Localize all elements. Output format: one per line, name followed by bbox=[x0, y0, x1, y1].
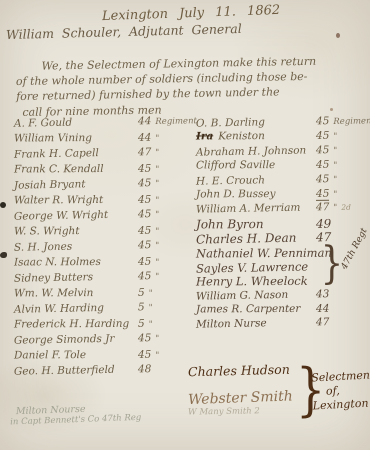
soldier-name: George Simonds Jr bbox=[14, 332, 136, 346]
soldier-name: A. F. Gould bbox=[14, 115, 136, 129]
ditto-mark: " bbox=[155, 133, 159, 143]
ditto-mark: " bbox=[155, 350, 159, 360]
roster-row: Alvin W. Harding5" bbox=[14, 300, 192, 319]
ditto-mark: " bbox=[333, 190, 337, 200]
roster-row: Sidney Butters45" bbox=[14, 269, 192, 288]
soldier-name: William A. Merriam bbox=[196, 202, 314, 216]
soldier-name: Frank H. Capell bbox=[14, 146, 136, 160]
roster-row: Milton Nurse47 bbox=[196, 316, 366, 334]
ditto-mark: " bbox=[155, 241, 159, 251]
pencil-footnote: Milton Nourse in Capt Bennett's Co 47th … bbox=[16, 402, 142, 427]
soldier-name: S. H. Jones bbox=[14, 239, 136, 253]
soldier-name: George W. Wright bbox=[14, 208, 136, 222]
regiment-number: 45 bbox=[138, 332, 152, 344]
soldier-name: Frank C. Kendall bbox=[14, 162, 136, 175]
ditto-mark: " bbox=[333, 161, 337, 171]
roster-row: George Simonds Jr45" bbox=[14, 331, 192, 350]
ditto-mark: " bbox=[149, 288, 153, 298]
regiment-number: 45 bbox=[316, 188, 329, 201]
regiment-number: 45 bbox=[138, 270, 152, 282]
roster-left-column: A. F. Gould44Regiment William Vining44" … bbox=[14, 116, 192, 380]
soldier-name: Milton Nurse bbox=[196, 317, 314, 331]
ditto-mark: " bbox=[155, 334, 159, 344]
soldier-name: H. E. Crouch bbox=[196, 173, 314, 187]
ditto-mark: " bbox=[155, 210, 159, 220]
role-line: Lexington bbox=[312, 396, 370, 413]
scanned-document: { "colors": { "paper": "#e9e5da", "ink_m… bbox=[0, 0, 370, 450]
ink-stain bbox=[0, 202, 6, 208]
regiment-number: 47 bbox=[138, 146, 152, 158]
roster-row: Josiah Bryant45" bbox=[14, 176, 192, 195]
regiment-number: 5 bbox=[138, 301, 145, 313]
soldier-name: Wm. W. Melvin bbox=[14, 286, 136, 299]
ink-stain bbox=[336, 33, 340, 38]
ditto-mark: " bbox=[149, 319, 153, 329]
regiment-number: 45 bbox=[316, 130, 329, 142]
roster-row: Geo. H. Butterfield48 bbox=[14, 362, 192, 381]
regiment-number: 45 bbox=[138, 162, 151, 174]
ditto-mark: " bbox=[155, 226, 159, 236]
ink-stain bbox=[0, 252, 7, 258]
signature-role: Selectmen of, Lexington bbox=[311, 368, 370, 413]
ditto-mark: " bbox=[155, 179, 159, 189]
soldier-name: John D. Bussey bbox=[196, 188, 314, 201]
struck-text: Ira bbox=[196, 131, 213, 143]
pencil-annotation: 2d bbox=[341, 203, 351, 212]
regiment-number: 43 bbox=[316, 288, 330, 300]
addressee-line: William Schouler, Adjutant General bbox=[6, 21, 242, 42]
soldier-name: Geo. H. Butterfield bbox=[14, 363, 136, 377]
ditto-mark: " bbox=[333, 146, 337, 156]
regiment-number: 47 bbox=[316, 201, 330, 213]
soldier-name: Henry L. Wheelock bbox=[196, 274, 314, 289]
regiment-number: 47 bbox=[316, 230, 332, 244]
soldier-name: John Byron bbox=[196, 217, 314, 232]
regiment-suffix: Regiment bbox=[333, 116, 370, 127]
regiment-number: 45 bbox=[138, 208, 152, 220]
regiment-number: 5 bbox=[138, 286, 145, 298]
roster-right-column: O. B. Darling45Regiment IraKeniston45" A… bbox=[196, 116, 366, 332]
roster-row: S. H. Jones45" bbox=[14, 238, 192, 257]
ditto-mark: " bbox=[155, 257, 159, 267]
ditto-mark: " bbox=[333, 174, 337, 184]
regiment-number: 47 bbox=[316, 317, 330, 329]
soldier-name: Sidney Butters bbox=[14, 270, 136, 284]
dateline: Lexington July 11. 1862 bbox=[102, 3, 281, 24]
soldier-name: Clifford Saville bbox=[196, 159, 314, 172]
regiment-number: 45 bbox=[316, 173, 330, 185]
regiment-number: 45 bbox=[138, 255, 151, 267]
regiment-number: 44 bbox=[138, 131, 151, 143]
soldier-name: Alvin W. Harding bbox=[14, 301, 136, 315]
soldier-name: William G. Nason bbox=[196, 288, 314, 302]
soldier-name: James R. Carpenter bbox=[196, 303, 314, 316]
regiment-number: 45 bbox=[138, 348, 151, 360]
soldier-name-text: Keniston bbox=[218, 130, 265, 142]
ditto-mark: " bbox=[155, 164, 159, 174]
soldier-name: Isaac N. Holmes bbox=[14, 255, 136, 268]
ditto-mark: " bbox=[333, 132, 337, 142]
roster-row: Charles H. Dean47 bbox=[196, 229, 366, 247]
soldier-name: O. B. Darling bbox=[196, 115, 314, 129]
regiment-number: 45 bbox=[138, 193, 151, 205]
regiment-number: 45 bbox=[316, 115, 330, 127]
ditto-mark: " bbox=[155, 272, 159, 282]
soldier-name: Nathaniel W. Penniman bbox=[196, 245, 332, 260]
roster-row: Henry L. Wheelock bbox=[196, 274, 366, 289]
regiment-number: 45 bbox=[138, 239, 152, 251]
ditto-mark: " bbox=[155, 148, 159, 158]
regiment-number: 45 bbox=[138, 177, 152, 189]
roster-row: A. F. Gould44Regiment bbox=[14, 114, 192, 133]
regiment-number: 44 bbox=[316, 303, 329, 315]
soldier-name: Josiah Bryant bbox=[14, 177, 136, 191]
regiment-number: 45 bbox=[316, 159, 329, 171]
soldier-name: Abraham H. Johnson bbox=[196, 144, 314, 158]
soldier-name: Frederick H. Harding bbox=[14, 317, 136, 330]
ditto-mark: " bbox=[333, 203, 337, 213]
regiment-number: 49 bbox=[316, 216, 331, 230]
regiment-number: 45 bbox=[316, 144, 330, 156]
soldier-name: Charles H. Dean bbox=[196, 230, 314, 246]
ditto-mark: " bbox=[155, 195, 159, 205]
soldier-name: IraKeniston bbox=[196, 130, 314, 143]
regiment-number: 48 bbox=[138, 363, 152, 375]
roster-row: Frank H. Capell47" bbox=[14, 145, 192, 164]
regiment-number: 45 bbox=[138, 224, 151, 236]
regiment-number: 5 bbox=[138, 317, 145, 329]
ditto-mark: " bbox=[149, 303, 153, 313]
soldier-name: Daniel F. Tole bbox=[14, 348, 136, 361]
body-paragraph: We, the Selectmen of Lexington make this… bbox=[15, 53, 362, 120]
roster-row: Clifford Saville45" bbox=[196, 159, 366, 174]
regiment-suffix: Regiment bbox=[155, 116, 197, 127]
roster-row: George W. Wright45" bbox=[14, 207, 192, 226]
soldier-name: W. S. Wright bbox=[14, 224, 136, 237]
regiment-number: 44 bbox=[138, 115, 152, 127]
soldier-name: William Vining bbox=[14, 131, 136, 144]
soldier-name: Walter R. Wright bbox=[14, 193, 136, 206]
